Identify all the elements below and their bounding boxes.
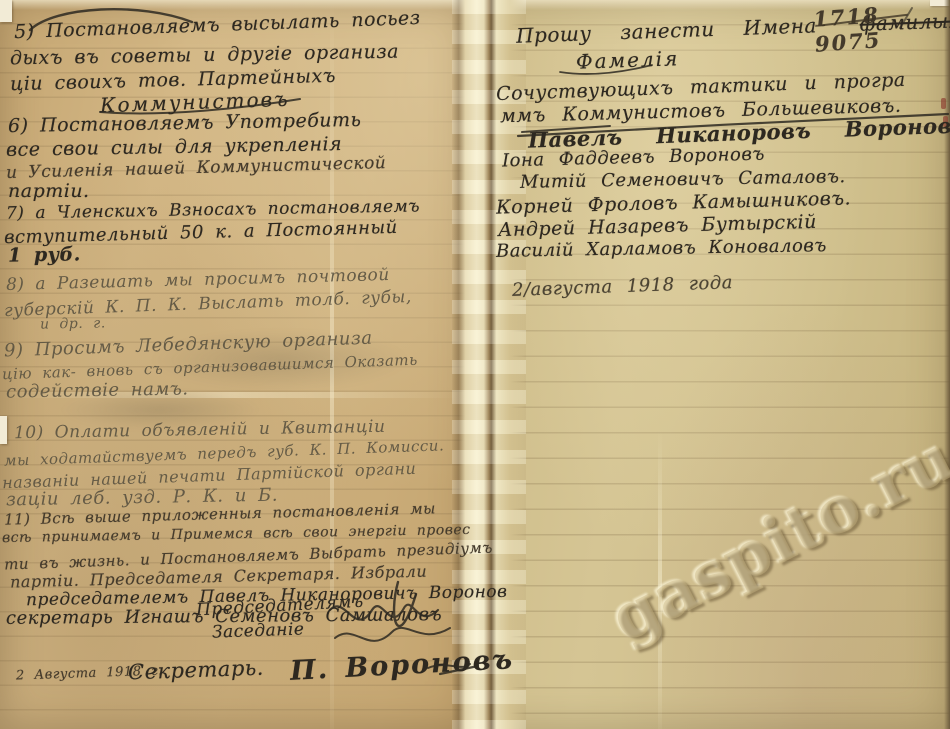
scanned-document: 5) Постановляемъ высылать посьез дыхъ въ…: [0, 0, 950, 729]
handwriting-line: Фамелія: [576, 46, 680, 74]
pencil-inventory-number: 1718 9075: [812, 0, 950, 57]
handwriting-line: содействіе намъ.: [6, 378, 189, 402]
paper-chip: [0, 416, 7, 444]
page-edge-shadow: [944, 0, 950, 729]
handwriting-line: 1 руб.: [8, 243, 81, 266]
secretary-label: Секретарь.: [128, 656, 265, 685]
paper-chip: [0, 0, 12, 22]
red-edge-mark: [941, 98, 946, 109]
handwriting-line: и др. г.: [40, 315, 106, 332]
handwriting-line: партіи.: [8, 180, 90, 202]
handwriting-line: Заседаніе: [212, 619, 305, 642]
